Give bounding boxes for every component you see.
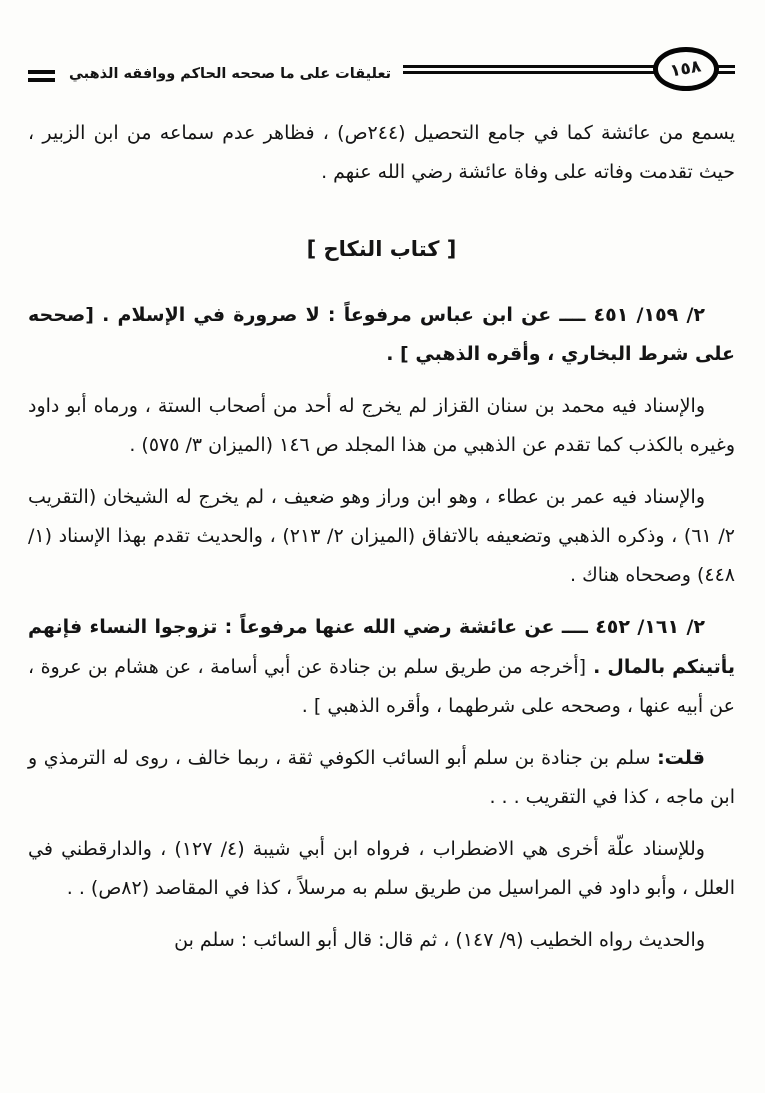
page-title: تعليقات على ما صححه الحاكم ووافقه الذهبي: [69, 67, 391, 82]
text-segment: قلت:: [657, 747, 705, 769]
text-segment: سلم بن جنادة بن سلم أبو السائب الكوفي ثق…: [28, 747, 735, 808]
text-segment: يسمع من عائشة كما في جامع التحصيل (‭ص٢٤٤…: [28, 122, 735, 183]
page-number: ١٥٨: [669, 56, 703, 81]
paragraph: وللإسناد علّة أخرى هي الاضطراب ، فرواه ا…: [28, 830, 735, 908]
text-segment: وللإسناد علّة أخرى هي الاضطراب ، فرواه ا…: [28, 838, 735, 899]
paragraph: والحديث رواه الخطيب (٩/ ١٤٧) ، ثم قال: ق…: [28, 921, 735, 960]
body-text: يسمع من عائشة كما في جامع التحصيل (‭ص٢٤٤…: [28, 114, 735, 960]
section-heading: [ كتاب النكاح ]: [28, 228, 735, 271]
header-double-rule: [403, 65, 654, 74]
paragraph: قلت: سلم بن جنادة بن سلم أبو السائب الكو…: [28, 739, 735, 817]
page-number-oval: ١٥٨: [653, 47, 719, 91]
text-segment: والحديث رواه الخطيب (٩/ ١٤٧) ، ثم قال: ق…: [174, 929, 705, 951]
text-segment: والإسناد فيه عمر بن عطاء ، وهو ابن وراز …: [28, 486, 735, 586]
text-segment: ٢/ ١٥٩/ ٤٥١ ــــ عن ابن عباس مرفوعاً : ل…: [28, 304, 735, 365]
paragraph: ٢/ ١٦١/ ٤٥٢ ــــ عن عائشة رضي الله عنها …: [28, 608, 735, 725]
text-segment: والإسناد فيه محمد بن سنان القزاز لم يخرج…: [28, 395, 735, 456]
book-page: تعليقات على ما صححه الحاكم ووافقه الذهبي…: [0, 0, 765, 1093]
left-edge-mark: [28, 70, 55, 82]
paragraph: ٢/ ١٥٩/ ٤٥١ ــــ عن ابن عباس مرفوعاً : ل…: [28, 296, 735, 374]
paragraph: والإسناد فيه محمد بن سنان القزاز لم يخرج…: [28, 387, 735, 465]
page-header: تعليقات على ما صححه الحاكم ووافقه الذهبي…: [28, 46, 735, 92]
paragraph: يسمع من عائشة كما في جامع التحصيل (‭ص٢٤٤…: [28, 114, 735, 192]
right-edge-mark: [718, 65, 735, 74]
paragraph: والإسناد فيه عمر بن عطاء ، وهو ابن وراز …: [28, 478, 735, 595]
